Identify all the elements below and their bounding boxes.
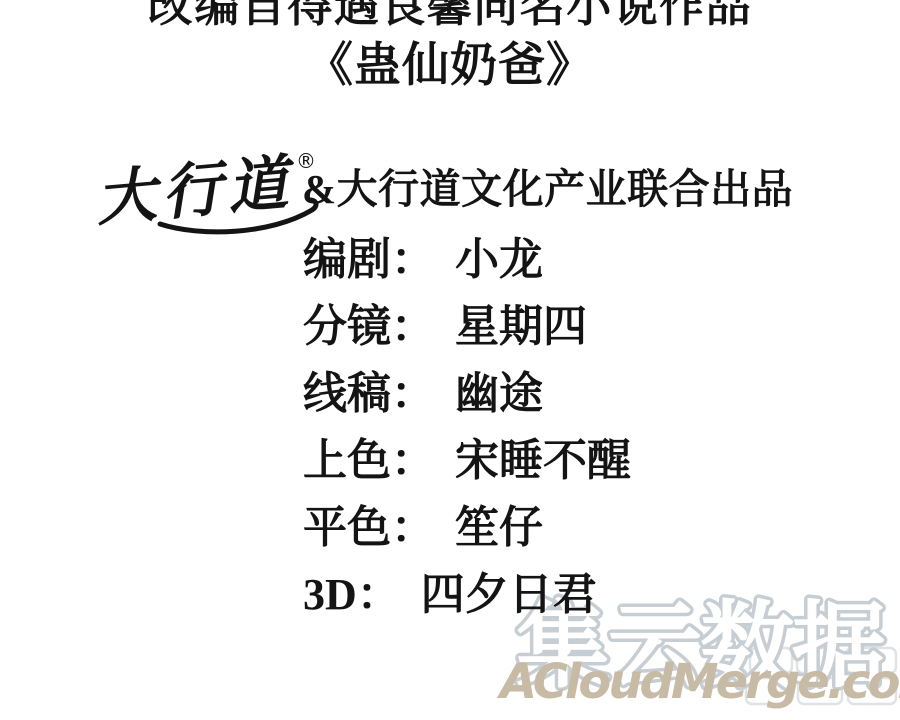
credit-name: 星期四: [455, 302, 587, 351]
credit-role: 3D：: [303, 570, 401, 619]
daxingdao-logo-text: 大行道: [93, 148, 299, 235]
credit-row-coloring: 上色：宋睡不醒: [303, 439, 631, 483]
credit-role: 编剧：: [303, 235, 435, 284]
credit-name: 幽途: [455, 369, 543, 418]
credit-row-storyboard: 分镜：星期四: [303, 305, 631, 349]
adaptation-source-line: 改编自得遇良馨同名小说作品: [0, 0, 900, 29]
credit-row-scriptwriter: 编剧：小龙: [303, 238, 631, 282]
book-title: 《蛊仙奶爸》: [0, 40, 900, 92]
credit-role: 线稿：: [303, 369, 435, 418]
credit-role: 平色：: [303, 503, 435, 552]
credits-list: 编剧：小龙 分镜：星期四 线稿：幽途 上色：宋睡不醒 平色：笙仔 3D：四夕日君: [303, 238, 631, 640]
credit-name: 宋睡不醒: [455, 436, 631, 485]
watermark-url-text: ACloudMerge.com: [500, 656, 900, 708]
credit-role: 上色：: [303, 436, 435, 485]
credit-role: 分镜：: [303, 302, 435, 351]
credit-name: 四夕日君: [421, 570, 597, 619]
joint-production-line: &大行道文化产业联合出品: [302, 166, 793, 212]
credit-name: 笙仔: [455, 503, 543, 552]
credit-row-lineart: 线稿：幽途: [303, 372, 631, 416]
credit-row-flat-color: 平色：笙仔: [303, 506, 631, 550]
credit-name: 小龙: [455, 235, 543, 284]
comic-credits-page: 改编自得遇良馨同名小说作品 《蛊仙奶爸》 大行道 ® &大行道文化产业联合出品 …: [0, 0, 900, 720]
credit-row-3d: 3D：四夕日君: [303, 573, 631, 617]
